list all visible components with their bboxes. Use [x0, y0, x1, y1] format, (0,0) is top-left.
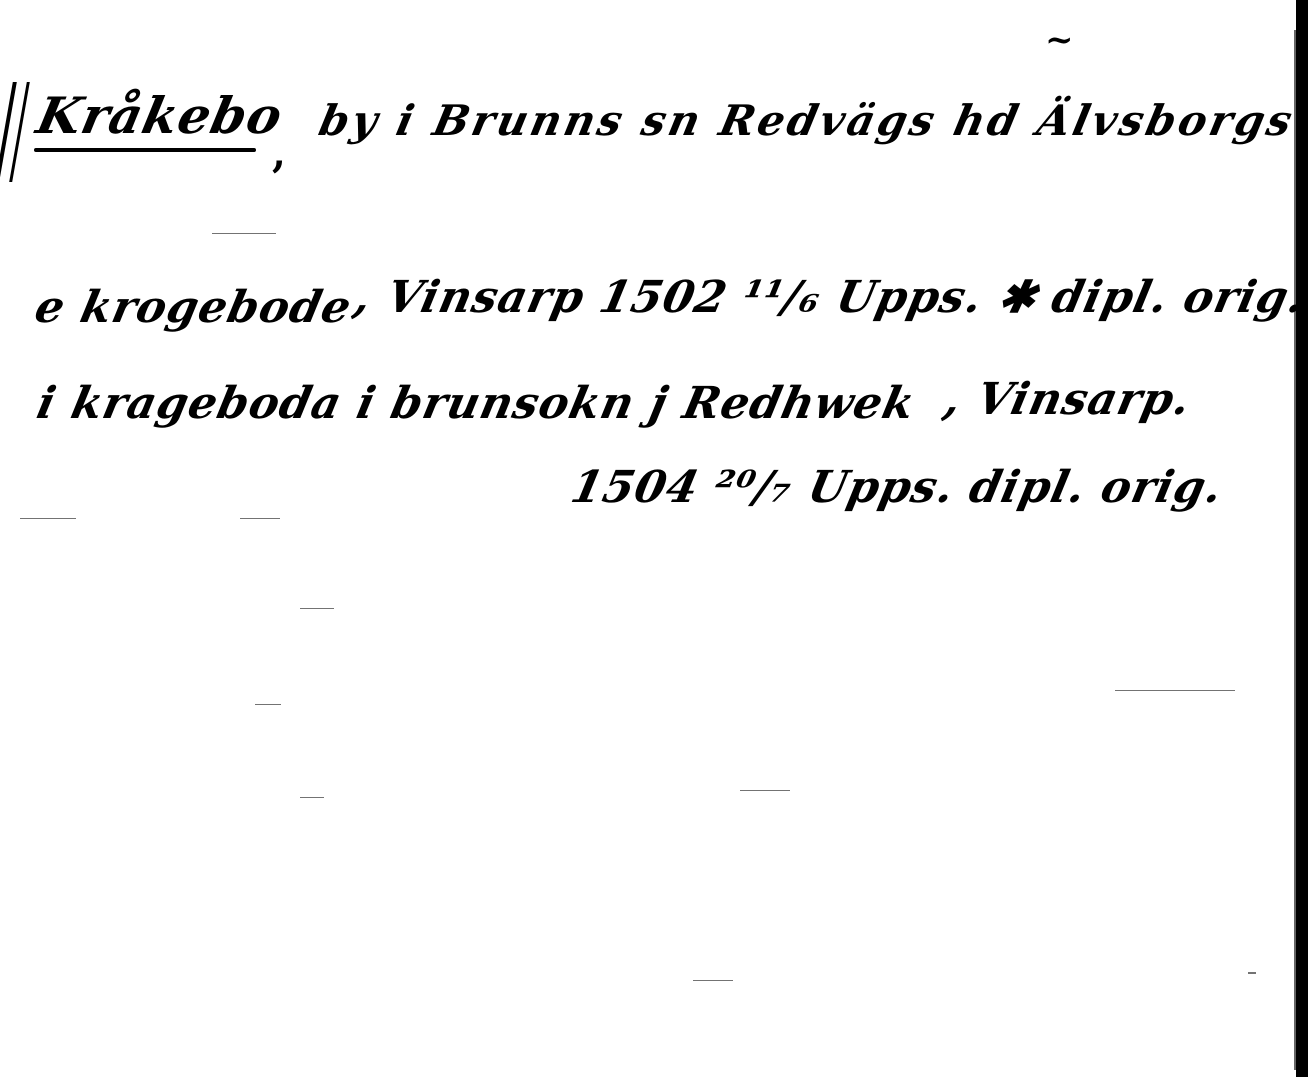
- scan-speck: [240, 518, 280, 519]
- header-description: by i Brunns sn Redvägs hd Älvsborgs l.: [315, 96, 1308, 145]
- headword: Kråkebo: [32, 86, 289, 145]
- line1-form: e krogebode: [31, 282, 357, 333]
- scan-speck: [212, 233, 276, 234]
- scan-speck: [300, 608, 334, 609]
- scan-speck: [1115, 690, 1235, 691]
- line3-source: 1504 ²⁰/₇ Upps. dipl. orig.: [567, 462, 1228, 513]
- scan-speck: [20, 518, 76, 519]
- tilde-mark: ~: [1045, 20, 1074, 60]
- headword-underline: [34, 148, 256, 152]
- card-right-edge: [1296, 0, 1308, 1077]
- scan-speck: [740, 790, 790, 791]
- margin-mark: [0, 82, 30, 182]
- scan-speck: [1248, 972, 1256, 974]
- scan-speck: [255, 704, 281, 705]
- scan-speck: [693, 980, 733, 981]
- line2-form: i krageboda i brunsokn j Redhwek: [33, 378, 920, 429]
- line1-source: , Vinsarp 1502 ¹¹/₆ Upps. ✱ dipl. orig.: [350, 272, 1308, 323]
- headword-comma: ,: [272, 130, 286, 177]
- line2-source: , Vinsarp.: [940, 374, 1196, 425]
- archive-card: Kråkebo , ~ by i Brunns sn Redvägs hd Äl…: [0, 0, 1308, 1077]
- scan-speck: [300, 797, 324, 798]
